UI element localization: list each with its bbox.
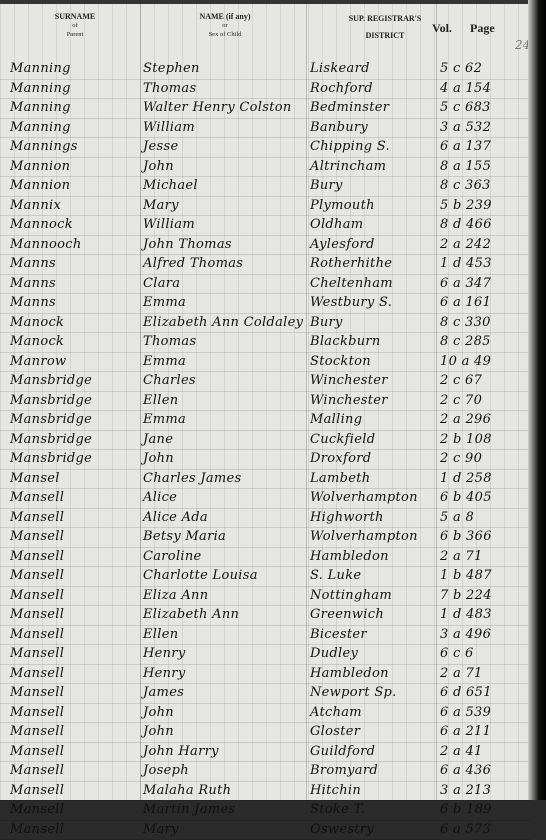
entry-child-name: Stephen: [143, 60, 313, 77]
entry-district: Gloster: [310, 723, 450, 740]
entry-child-name: Charles James: [143, 470, 313, 487]
entry-child-name: Emma: [143, 294, 313, 311]
entry-child-name: Jane: [143, 431, 313, 448]
entry-vol-page: 2 c 67: [440, 372, 520, 389]
header-name-or: or: [175, 21, 275, 30]
register-row: ManningThomasRochford4 a 154: [0, 80, 530, 100]
entry-child-name: Emma: [143, 411, 313, 428]
entry-vol-page: 6 d 651: [440, 684, 520, 701]
entry-child-name: Ellen: [143, 392, 313, 409]
entry-district: Atcham: [310, 704, 450, 721]
entry-child-name: Eliza Ann: [143, 587, 313, 604]
entry-district: Aylesford: [310, 236, 450, 253]
entry-surname: Mansell: [10, 567, 138, 584]
entry-child-name: Jesse: [143, 138, 313, 155]
entry-child-name: Elizabeth Ann Coldaley: [143, 314, 313, 331]
entry-district: Liskeard: [310, 60, 450, 77]
entry-district: Hambledon: [310, 665, 450, 682]
header-surname-parent: Parent: [40, 30, 110, 39]
entry-surname: Mannings: [10, 138, 138, 155]
entry-vol-page: 3 a 213: [440, 782, 520, 799]
register-row: ManningStephenLiskeard5 c 62: [0, 60, 530, 80]
entry-surname: Manns: [10, 255, 138, 272]
entry-vol-page: 5 c 62: [440, 60, 520, 77]
entry-district: Lambeth: [310, 470, 450, 487]
register-header: SURNAME of Parent NAME (if any) or Sex o…: [0, 4, 530, 48]
entry-surname: Mansell: [10, 489, 138, 506]
header-surname-title: SURNAME: [55, 12, 95, 21]
entry-district: Guildford: [310, 743, 450, 760]
entry-district: Stockton: [310, 353, 450, 370]
entry-district: Banbury: [310, 119, 450, 136]
entry-surname: Mansbridge: [10, 392, 138, 409]
register-row: MansellCharlotte LouisaS. Luke1 b 487: [0, 567, 530, 587]
entry-vol-page: 7 b 224: [440, 587, 520, 604]
entry-child-name: Mary: [143, 197, 313, 214]
entry-vol-page: 6 a 539: [440, 704, 520, 721]
register-row: ManningWalter Henry ColstonBedminster5 c…: [0, 99, 530, 119]
entry-child-name: John: [143, 723, 313, 740]
entry-district: Blackburn: [310, 333, 450, 350]
entry-child-name: Alice Ada: [143, 509, 313, 526]
header-name-title: NAME (if any): [199, 12, 250, 21]
header-district-sub: DISTRICT: [335, 31, 435, 40]
entry-vol-page: 4 a 154: [440, 80, 520, 97]
entry-surname: Manock: [10, 333, 138, 350]
entry-vol-page: 8 a 155: [440, 158, 520, 175]
entry-surname: Mansell: [10, 665, 138, 682]
entry-child-name: Emma: [143, 353, 313, 370]
entry-district: Plymouth: [310, 197, 450, 214]
entry-district: Wolverhampton: [310, 528, 450, 545]
register-row: MansellEliza AnnNottingham7 b 224: [0, 587, 530, 607]
entry-surname: Mansbridge: [10, 450, 138, 467]
entry-vol-page: 2 c 90: [440, 450, 520, 467]
entry-district: Westbury S.: [310, 294, 450, 311]
entry-surname: Manrow: [10, 353, 138, 370]
entry-district: Winchester: [310, 372, 450, 389]
entry-surname: Mannion: [10, 177, 138, 194]
entry-district: Newport Sp.: [310, 684, 450, 701]
register-row: ManockElizabeth Ann ColdaleyBury8 c 330: [0, 314, 530, 334]
entry-vol-page: 2 a 71: [440, 548, 520, 565]
entry-district: S. Luke: [310, 567, 450, 584]
entry-surname: Manns: [10, 275, 138, 292]
register-row: MansellJohnGloster6 a 211: [0, 723, 530, 743]
register-row: ManningsJesseChipping S.6 a 137: [0, 138, 530, 158]
entry-surname: Mansell: [10, 528, 138, 545]
register-row: MansellHenryDudley6 c 6: [0, 645, 530, 665]
entry-district: Bicester: [310, 626, 450, 643]
register-row: MansellJosephBromyard6 a 436: [0, 762, 530, 782]
entry-child-name: John Thomas: [143, 236, 313, 253]
entry-district: Rochford: [310, 80, 450, 97]
register-row: MansellMalaha RuthHitchin3 a 213: [0, 782, 530, 801]
entry-vol-page: 8 c 330: [440, 314, 520, 331]
entry-vol-page: 1 d 453: [440, 255, 520, 272]
entry-surname: Manning: [10, 60, 138, 77]
entry-child-name: Betsy Maria: [143, 528, 313, 545]
entry-surname: Mansell: [10, 762, 138, 779]
entry-vol-page: 5 a 8: [440, 509, 520, 526]
entry-child-name: Walter Henry Colston: [143, 99, 313, 116]
header-name: NAME (if any) or Sex of Child: [175, 12, 275, 39]
register-row: MansbridgeEllenWinchester2 c 70: [0, 392, 530, 412]
entry-surname: Mannooch: [10, 236, 138, 253]
register-row: MannionMichaelBury8 c 363: [0, 177, 530, 197]
register-row: MannixMaryPlymouth5 b 239: [0, 197, 530, 217]
entry-child-name: Charlotte Louisa: [143, 567, 313, 584]
entry-surname: Mannock: [10, 216, 138, 233]
entry-district: Wolverhampton: [310, 489, 450, 506]
entry-child-name: Elizabeth Ann: [143, 606, 313, 623]
register-row: MannionJohnAltrincham8 a 155: [0, 158, 530, 178]
register-row: MansellJohn HarryGuildford2 a 41: [0, 743, 530, 763]
entry-child-name: Alice: [143, 489, 313, 506]
register-row: MansellJamesNewport Sp.6 d 651: [0, 684, 530, 704]
entry-vol-page: 6 a 161: [440, 294, 520, 311]
header-page: Page: [470, 24, 495, 33]
entry-surname: Manning: [10, 80, 138, 97]
entry-district: Highworth: [310, 509, 450, 526]
entry-vol-page: 8 d 466: [440, 216, 520, 233]
register-row: MansbridgeJaneCuckfield2 b 108: [0, 431, 530, 451]
entry-vol-page: 2 a 41: [440, 743, 520, 760]
entry-district: Malling: [310, 411, 450, 428]
entry-vol-page: 10 a 49: [440, 353, 520, 370]
header-vol: Vol.: [432, 24, 452, 33]
entry-vol-page: 8 c 285: [440, 333, 520, 350]
entry-district: Altrincham: [310, 158, 450, 175]
register-row: MansellAliceWolverhampton6 b 405: [0, 489, 530, 509]
register-row: ManockThomasBlackburn8 c 285: [0, 333, 530, 353]
entry-vol-page: 5 b 239: [440, 197, 520, 214]
entry-child-name: Ellen: [143, 626, 313, 643]
header-surname: SURNAME of Parent: [40, 12, 110, 39]
entry-child-name: Michael: [143, 177, 313, 194]
entry-vol-page: 1 b 487: [440, 567, 520, 584]
entry-vol-page: 2 a 242: [440, 236, 520, 253]
entry-surname: Mansell: [10, 645, 138, 662]
entry-child-name: Alfred Thomas: [143, 255, 313, 272]
entry-district: Bedminster: [310, 99, 450, 116]
entry-district: Hambledon: [310, 548, 450, 565]
entry-surname: Mansell: [10, 704, 138, 721]
register-row: ManrowEmmaStockton10 a 49: [0, 353, 530, 373]
entry-vol-page: 6 a 436: [440, 762, 520, 779]
entry-vol-page: 2 b 108: [440, 431, 520, 448]
entry-child-name: Joseph: [143, 762, 313, 779]
entry-vol-page: 6 a 347: [440, 275, 520, 292]
entry-district: Bromyard: [310, 762, 450, 779]
register-row: MannsAlfred ThomasRotherhithe1 d 453: [0, 255, 530, 275]
entry-vol-page: 2 c 70: [440, 392, 520, 409]
entry-vol-page: 6 b 405: [440, 489, 520, 506]
entry-district: Rotherhithe: [310, 255, 450, 272]
entry-vol-page: 6 a 211: [440, 723, 520, 740]
entry-child-name: John Harry: [143, 743, 313, 760]
entry-vol-page: 6 b 366: [440, 528, 520, 545]
entry-vol-page: 6 c 6: [440, 645, 520, 662]
entry-surname: Manning: [10, 99, 138, 116]
register-row: MansbridgeCharlesWinchester2 c 67: [0, 372, 530, 392]
entry-district: Bury: [310, 314, 450, 331]
entry-vol-page: 1 d 258: [440, 470, 520, 487]
header-name-sex: Sex of Child: [175, 30, 275, 39]
header-surname-of: of: [40, 21, 110, 30]
register-row: MansellCarolineHambledon2 a 71: [0, 548, 530, 568]
entry-child-name: Henry: [143, 665, 313, 682]
entry-district: Dudley: [310, 645, 450, 662]
register-row: MannsEmmaWestbury S.6 a 161: [0, 294, 530, 314]
entry-vol-page: 6 a 137: [440, 138, 520, 155]
entry-district: Hitchin: [310, 782, 450, 799]
entry-vol-page: 2 a 71: [440, 665, 520, 682]
entry-district: Winchester: [310, 392, 450, 409]
entry-child-name: Clara: [143, 275, 313, 292]
entry-child-name: James: [143, 684, 313, 701]
register-row: MansbridgeEmmaMalling2 a 296: [0, 411, 530, 431]
entry-district: Bury: [310, 177, 450, 194]
register-row: MansellAlice AdaHighworth5 a 8: [0, 509, 530, 529]
scan-edge: [528, 0, 546, 800]
entry-district: Chipping S.: [310, 138, 450, 155]
register-entries: ManningStephenLiskeard5 c 62ManningThoma…: [0, 60, 530, 800]
register-row: ManningWilliamBanbury3 a 532: [0, 119, 530, 139]
entry-surname: Mansell: [10, 743, 138, 760]
entry-child-name: William: [143, 216, 313, 233]
entry-surname: Mansell: [10, 587, 138, 604]
register-row: MansellHenryHambledon2 a 71: [0, 665, 530, 685]
register-row: MansellBetsy MariaWolverhampton6 b 366: [0, 528, 530, 548]
register-row: MansellEllenBicester3 a 496: [0, 626, 530, 646]
entry-child-name: Caroline: [143, 548, 313, 565]
entry-surname: Mannion: [10, 158, 138, 175]
entry-district: Greenwich: [310, 606, 450, 623]
register-row: MansellJohnAtcham6 a 539: [0, 704, 530, 724]
entry-child-name: Thomas: [143, 80, 313, 97]
entry-district: Cheltenham: [310, 275, 450, 292]
entry-vol-page: 1 d 483: [440, 606, 520, 623]
register-row: MannoochJohn ThomasAylesford2 a 242: [0, 236, 530, 256]
entry-surname: Manock: [10, 314, 138, 331]
entry-vol-page: 2 a 296: [440, 411, 520, 428]
entry-district: Nottingham: [310, 587, 450, 604]
entry-child-name: Charles: [143, 372, 313, 389]
register-row: MannockWilliamOldham8 d 466: [0, 216, 530, 236]
entry-surname: Mansell: [10, 606, 138, 623]
entry-district: Oldham: [310, 216, 450, 233]
entry-surname: Mannix: [10, 197, 138, 214]
register-row: ManselCharles JamesLambeth1 d 258: [0, 470, 530, 490]
entry-child-name: Thomas: [143, 333, 313, 350]
entry-surname: Mansell: [10, 684, 138, 701]
entry-child-name: John: [143, 704, 313, 721]
entry-surname: Mansell: [10, 723, 138, 740]
entry-child-name: John: [143, 450, 313, 467]
entry-district: Cuckfield: [310, 431, 450, 448]
entry-surname: Mansel: [10, 470, 138, 487]
entry-child-name: William: [143, 119, 313, 136]
register-row: MannsClaraCheltenham6 a 347: [0, 275, 530, 295]
entry-vol-page: 8 c 363: [440, 177, 520, 194]
entry-vol-page: 5 c 683: [440, 99, 520, 116]
entry-child-name: Henry: [143, 645, 313, 662]
entry-surname: Mansell: [10, 782, 138, 799]
entry-surname: Mansbridge: [10, 431, 138, 448]
entry-surname: Mansbridge: [10, 411, 138, 428]
register-row: MansellElizabeth AnnGreenwich1 d 483: [0, 606, 530, 626]
entry-child-name: John: [143, 158, 313, 175]
entry-surname: Manning: [10, 119, 138, 136]
entry-district: Droxford: [310, 450, 450, 467]
register-row: MansbridgeJohnDroxford2 c 90: [0, 450, 530, 470]
entry-surname: Mansell: [10, 509, 138, 526]
header-district: SUP. REGISTRAR'S DISTRICT: [335, 14, 435, 40]
entry-child-name: Malaha Ruth: [143, 782, 313, 799]
header-district-title: SUP. REGISTRAR'S: [349, 14, 422, 23]
entry-surname: Mansbridge: [10, 372, 138, 389]
entry-vol-page: 3 a 496: [440, 626, 520, 643]
entry-vol-page: 3 a 532: [440, 119, 520, 136]
entry-surname: Mansell: [10, 548, 138, 565]
entry-surname: Mansell: [10, 626, 138, 643]
entry-surname: Manns: [10, 294, 138, 311]
register-page: SURNAME of Parent NAME (if any) or Sex o…: [0, 0, 536, 800]
